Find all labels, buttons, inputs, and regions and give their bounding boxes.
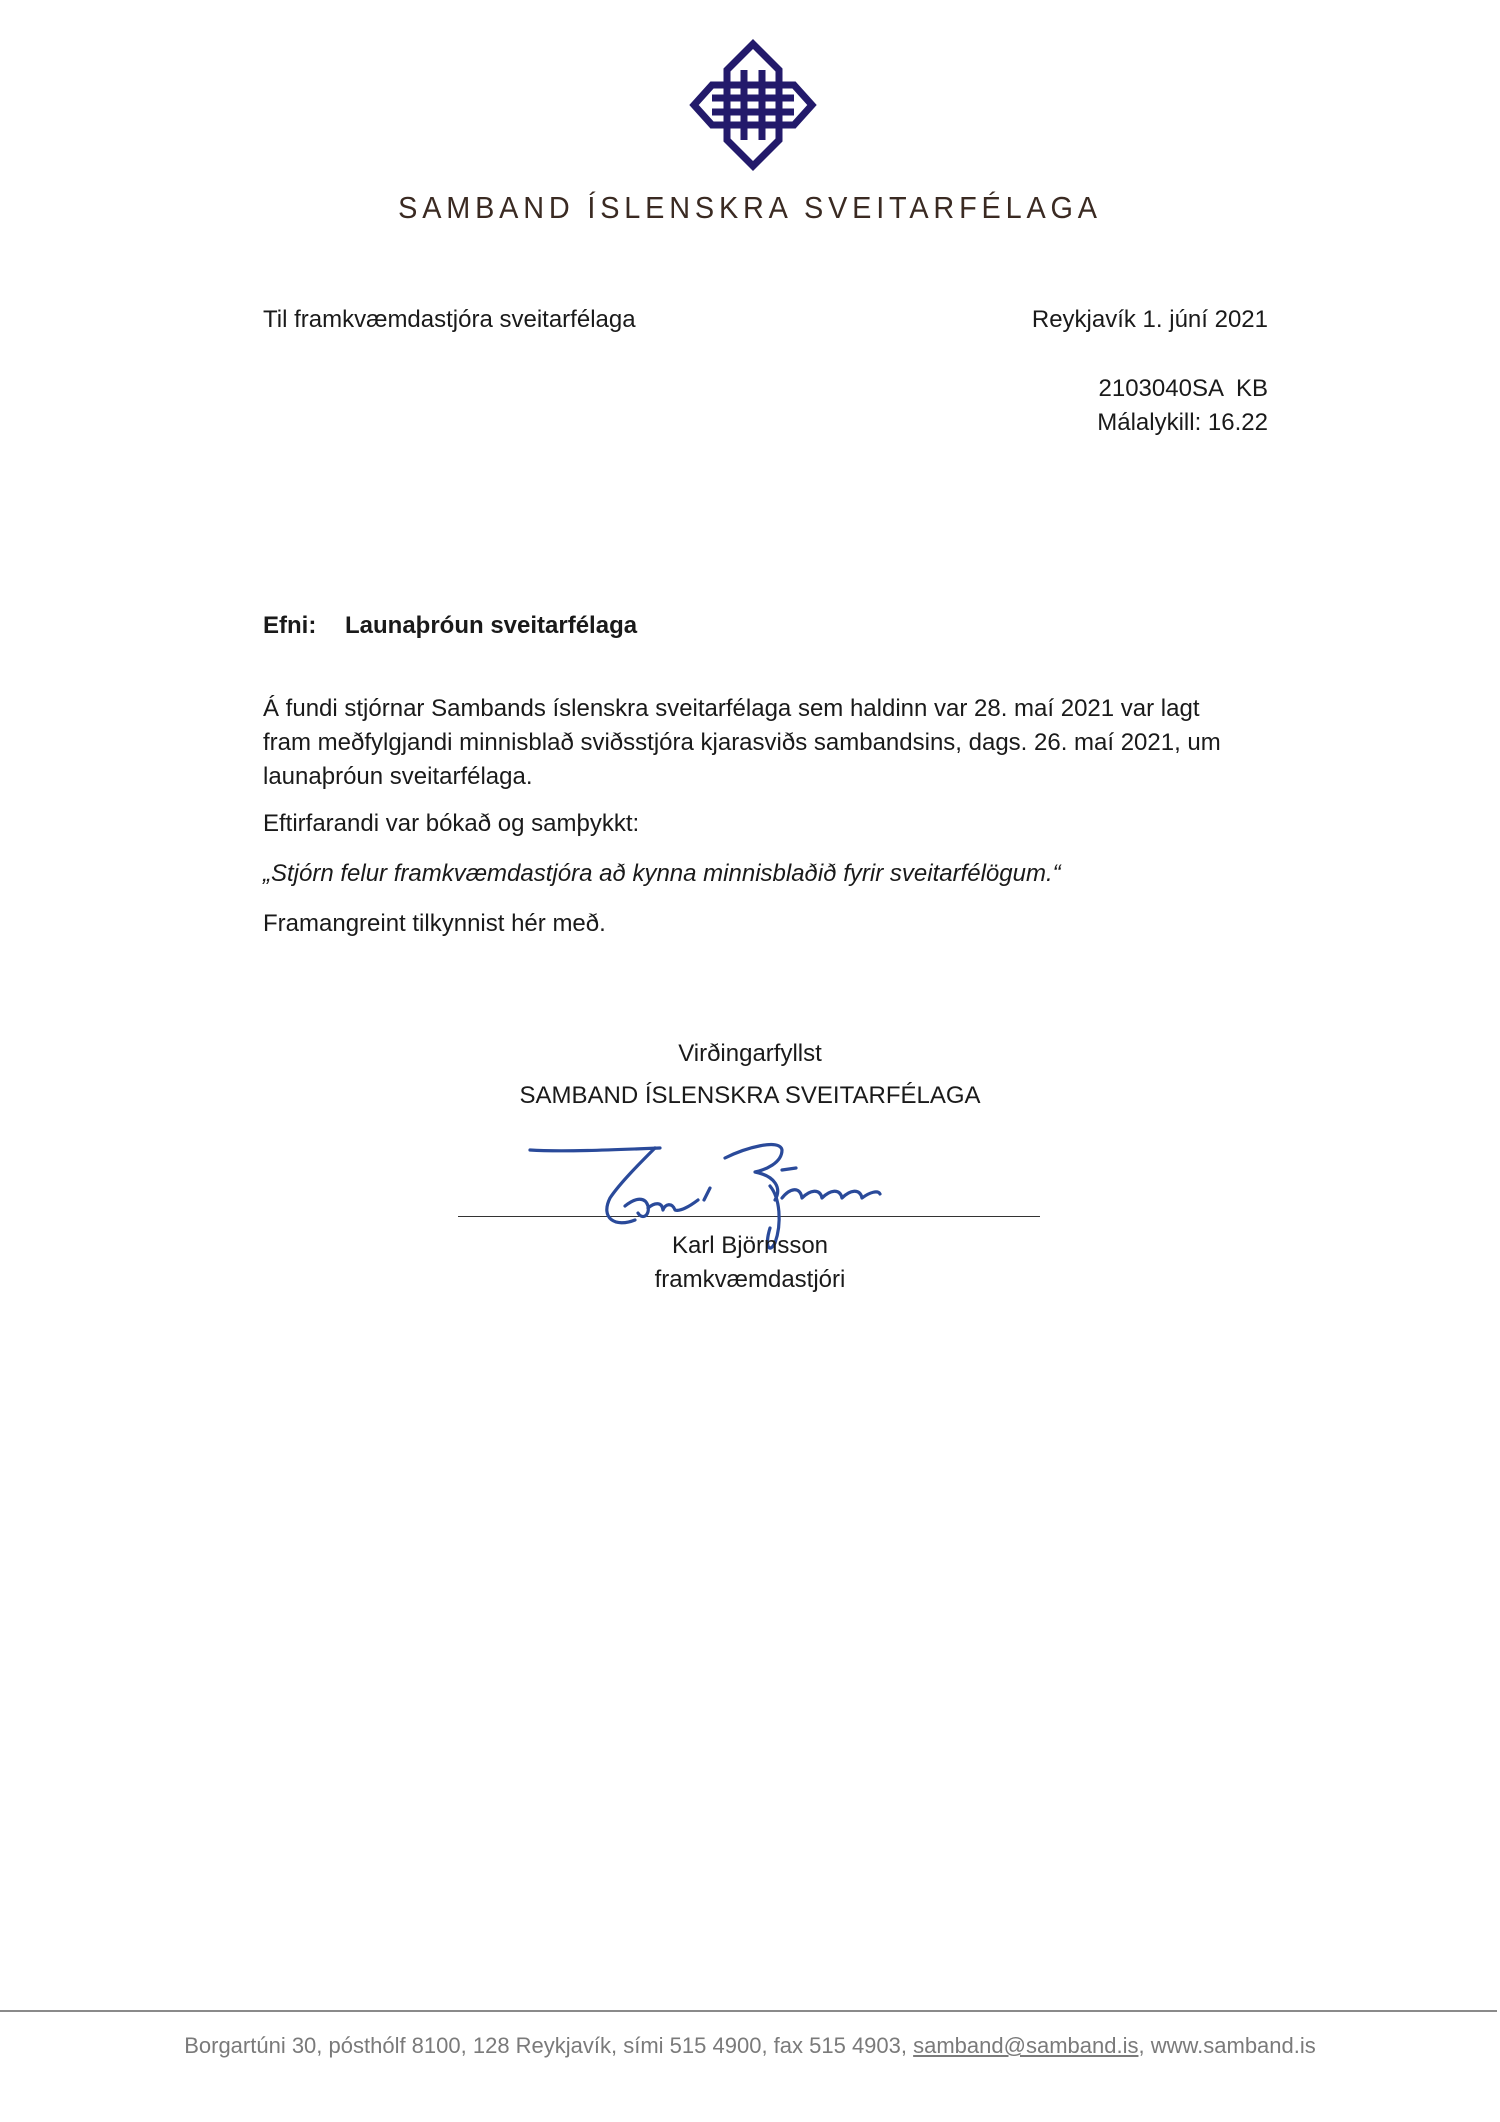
subject-line: Efni:Launaþróun sveitarfélaga (263, 612, 637, 640)
case-key: Málalykill: 16.22 (1097, 406, 1268, 440)
body-paragraph: Á fundi stjórnar Sambands íslenskra svei… (263, 692, 1243, 794)
footer-separator: , (1138, 2033, 1150, 2058)
signer-name: Karl Björnsson (0, 1232, 1500, 1260)
closing-organization: SAMBAND ÍSLENSKRA SVEITARFÉLAGA (0, 1082, 1500, 1110)
subject-label: Efni: (263, 612, 345, 640)
notice-line: Framangreint tilkynnist hér með. (263, 910, 606, 938)
footer-contact: Borgartúni 30, pósthólf 8100, 128 Reykja… (0, 2033, 1500, 2059)
resolution-quote: „Stjórn felur framkvæmdastjóra að kynna … (263, 860, 1061, 888)
footer-divider (0, 2010, 1497, 2012)
recorded-line: Eftirfarandi var bókað og samþykkt: (263, 810, 639, 838)
recipient-line: Til framkvæmdastjóra sveitarfélaga (263, 306, 636, 334)
organization-wordmark: SAMBAND ÍSLENSKRA SVEITARFÉLAGA (53, 190, 1448, 226)
interlaced-diamond-knot-icon (688, 38, 818, 172)
footer-address: Borgartúni 30, pósthólf 8100, 128 Reykja… (184, 2033, 913, 2058)
signer-title: framkvæmdastjóri (0, 1266, 1500, 1294)
footer-website[interactable]: www.samband.is (1151, 2033, 1316, 2058)
subject-title: Launaþróun sveitarfélaga (345, 612, 637, 639)
salutation: Virðingarfyllst (0, 1040, 1500, 1068)
reference-block: 2103040SA KB Málalykill: 16.22 (1097, 372, 1268, 440)
reference-number: 2103040SA KB (1097, 372, 1268, 406)
date-line: Reykjavík 1. júní 2021 (1032, 306, 1268, 334)
footer-email-link[interactable]: samband@samband.is (913, 2033, 1138, 2058)
